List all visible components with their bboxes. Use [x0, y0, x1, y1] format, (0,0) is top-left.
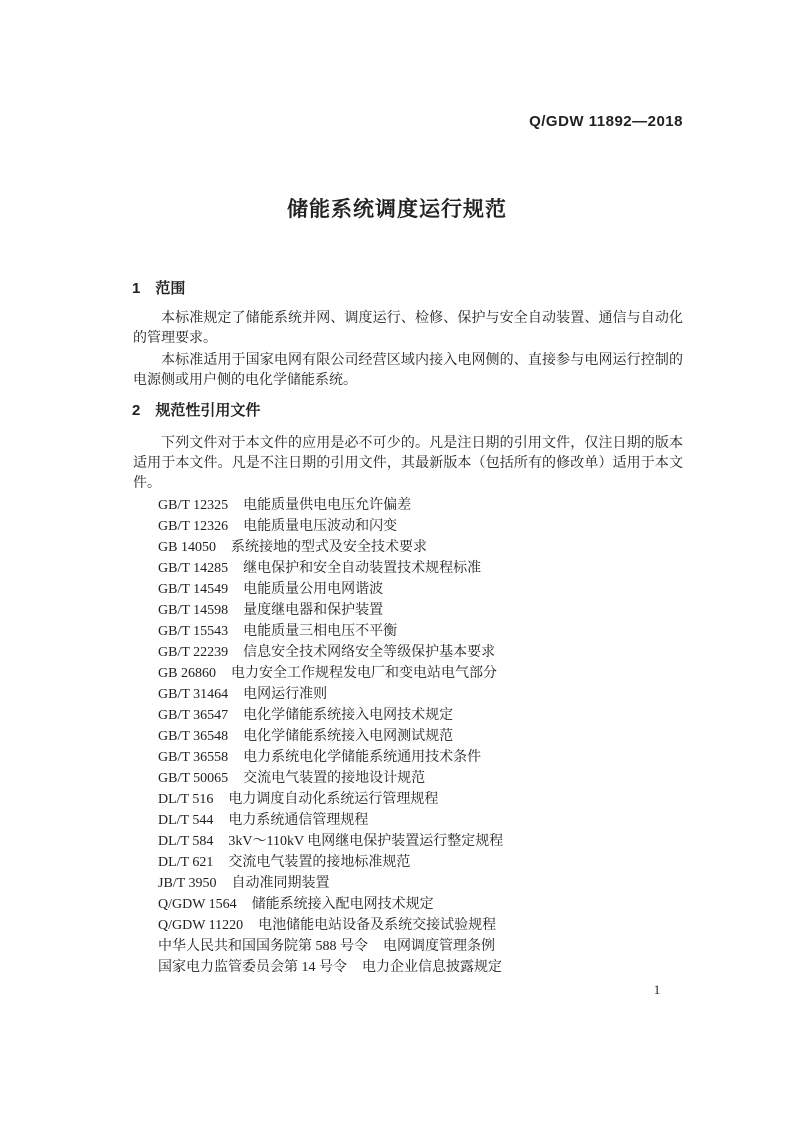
reference-item: GB/T 12325电能质量供电电压允许偏差	[158, 495, 703, 516]
section-1-number: 1	[132, 279, 140, 299]
reference-title: 电化学储能系统接入电网技术规定	[243, 708, 453, 723]
reference-code: DL/T 516	[158, 789, 213, 810]
reference-code: GB/T 36547	[158, 705, 228, 726]
reference-code: GB/T 50065	[158, 768, 228, 789]
section-2-heading: 2规范性引用文件	[132, 401, 683, 421]
reference-code: JB/T 3950	[158, 873, 216, 894]
reference-code: GB/T 31464	[158, 684, 228, 705]
reference-item: DL/T 516电力调度自动化系统运行管理规程	[158, 789, 703, 810]
reference-title: 电化学储能系统接入电网测试规范	[243, 729, 453, 744]
reference-item: 中华人民共和国国务院第 588 号令电网调度管理条例	[158, 936, 703, 957]
reference-item: GB/T 31464电网运行准则	[158, 684, 703, 705]
reference-item: Q/GDW 11220电池储能电站设备及系统交接试验规程	[158, 915, 703, 936]
reference-title: 电力调度自动化系统运行管理规程	[228, 792, 438, 807]
reference-item: JB/T 3950自动准同期装置	[158, 873, 703, 894]
standard-code: Q/GDW 11892—2018	[529, 113, 683, 130]
page-number: 1	[645, 982, 669, 998]
reference-code: GB 14050	[158, 537, 216, 558]
reference-code: GB/T 14598	[158, 600, 228, 621]
reference-item: GB/T 50065交流电气装置的接地设计规范	[158, 768, 703, 789]
reference-code: DL/T 584	[158, 831, 213, 852]
document-page: Q/GDW 11892—2018 储能系统调度运行规范 1范围 本标准规定了储能…	[0, 0, 794, 1123]
reference-title: 电能质量电压波动和闪变	[243, 519, 397, 534]
reference-title: 电池储能电站设备及系统交接试验规程	[258, 918, 496, 933]
document-title: 储能系统调度运行规范	[0, 193, 794, 223]
reference-title: 电力系统通信管理规程	[228, 813, 368, 828]
reference-title: 电力安全工作规程发电厂和变电站电气部分	[231, 666, 497, 681]
reference-code: GB/T 12325	[158, 495, 228, 516]
reference-list: GB/T 12325电能质量供电电压允许偏差GB/T 12326电能质量电压波动…	[158, 495, 703, 978]
reference-item: GB 26860电力安全工作规程发电厂和变电站电气部分	[158, 663, 703, 684]
reference-item: DL/T 621交流电气装置的接地标准规范	[158, 852, 703, 873]
reference-code: GB/T 14285	[158, 558, 228, 579]
reference-title: 交流电气装置的接地标准规范	[228, 855, 410, 870]
reference-item: GB/T 36547电化学储能系统接入电网技术规定	[158, 705, 703, 726]
section-2-title: 规范性引用文件	[155, 402, 260, 419]
reference-title: 电网调度管理条例	[383, 939, 495, 954]
reference-item: GB/T 14285继电保护和安全自动装置技术规程标准	[158, 558, 703, 579]
reference-code: GB/T 15543	[158, 621, 228, 642]
reference-item: GB/T 14549电能质量公用电网谐波	[158, 579, 703, 600]
reference-item: Q/GDW 1564储能系统接入配电网技术规定	[158, 894, 703, 915]
reference-code: Q/GDW 11220	[158, 915, 243, 936]
reference-title: 信息安全技术网络安全等级保护基本要求	[243, 645, 495, 660]
reference-title: 储能系统接入配电网技术规定	[252, 897, 434, 912]
reference-code: Q/GDW 1564	[158, 894, 237, 915]
reference-item: GB/T 36558电力系统电化学储能系统通用技术条件	[158, 747, 703, 768]
reference-code: GB 26860	[158, 663, 216, 684]
reference-item: DL/T 5843kV～110kV 电网继电保护装置运行整定规程	[158, 831, 703, 852]
references-intro-paragraph: 下列文件对于本文件的应用是必不可少的。凡是注日期的引用文件，仅注日期的版本适用于…	[133, 434, 683, 494]
reference-title: 交流电气装置的接地设计规范	[243, 771, 425, 786]
reference-title: 电能质量公用电网谐波	[243, 582, 383, 597]
reference-code: GB/T 36558	[158, 747, 228, 768]
reference-item: GB/T 14598量度继电器和保护装置	[158, 600, 703, 621]
reference-item: DL/T 544电力系统通信管理规程	[158, 810, 703, 831]
reference-title: 量度继电器和保护装置	[243, 603, 383, 618]
reference-item: GB/T 12326电能质量电压波动和闪变	[158, 516, 703, 537]
reference-title: 电力系统电化学储能系统通用技术条件	[243, 750, 481, 765]
reference-code: 中华人民共和国国务院第 588 号令	[158, 936, 368, 957]
reference-title: 电力企业信息披露规定	[362, 960, 502, 975]
reference-title: 系统接地的型式及安全技术要求	[231, 540, 427, 555]
reference-title: 电能质量三相电压不平衡	[243, 624, 397, 639]
section-2-number: 2	[132, 401, 140, 421]
reference-item: GB/T 22239信息安全技术网络安全等级保护基本要求	[158, 642, 703, 663]
reference-title: 电能质量供电电压允许偏差	[243, 498, 411, 513]
reference-code: DL/T 621	[158, 852, 213, 873]
scope-paragraph-2: 本标准适用于国家电网有限公司经营区域内接入电网侧的、直接参与电网运行控制的电源侧…	[133, 351, 683, 391]
reference-code: GB/T 36548	[158, 726, 228, 747]
reference-code: GB/T 12326	[158, 516, 228, 537]
reference-title: 3kV～110kV 电网继电保护装置运行整定规程	[228, 834, 503, 849]
reference-code: 国家电力监管委员会第 14 号令	[158, 957, 347, 978]
reference-item: GB/T 36548电化学储能系统接入电网测试规范	[158, 726, 703, 747]
reference-title: 继电保护和安全自动装置技术规程标准	[243, 561, 481, 576]
reference-title: 电网运行准则	[243, 687, 327, 702]
section-1-title: 范围	[155, 280, 185, 297]
reference-code: DL/T 544	[158, 810, 213, 831]
section-1-heading: 1范围	[132, 279, 683, 299]
reference-item: GB/T 15543电能质量三相电压不平衡	[158, 621, 703, 642]
reference-code: GB/T 22239	[158, 642, 228, 663]
reference-title: 自动准同期装置	[231, 876, 329, 891]
reference-code: GB/T 14549	[158, 579, 228, 600]
reference-item: 国家电力监管委员会第 14 号令电力企业信息披露规定	[158, 957, 703, 978]
scope-paragraph-1: 本标准规定了储能系统并网、调度运行、检修、保护与安全自动装置、通信与自动化的管理…	[133, 309, 683, 349]
reference-item: GB 14050系统接地的型式及安全技术要求	[158, 537, 703, 558]
